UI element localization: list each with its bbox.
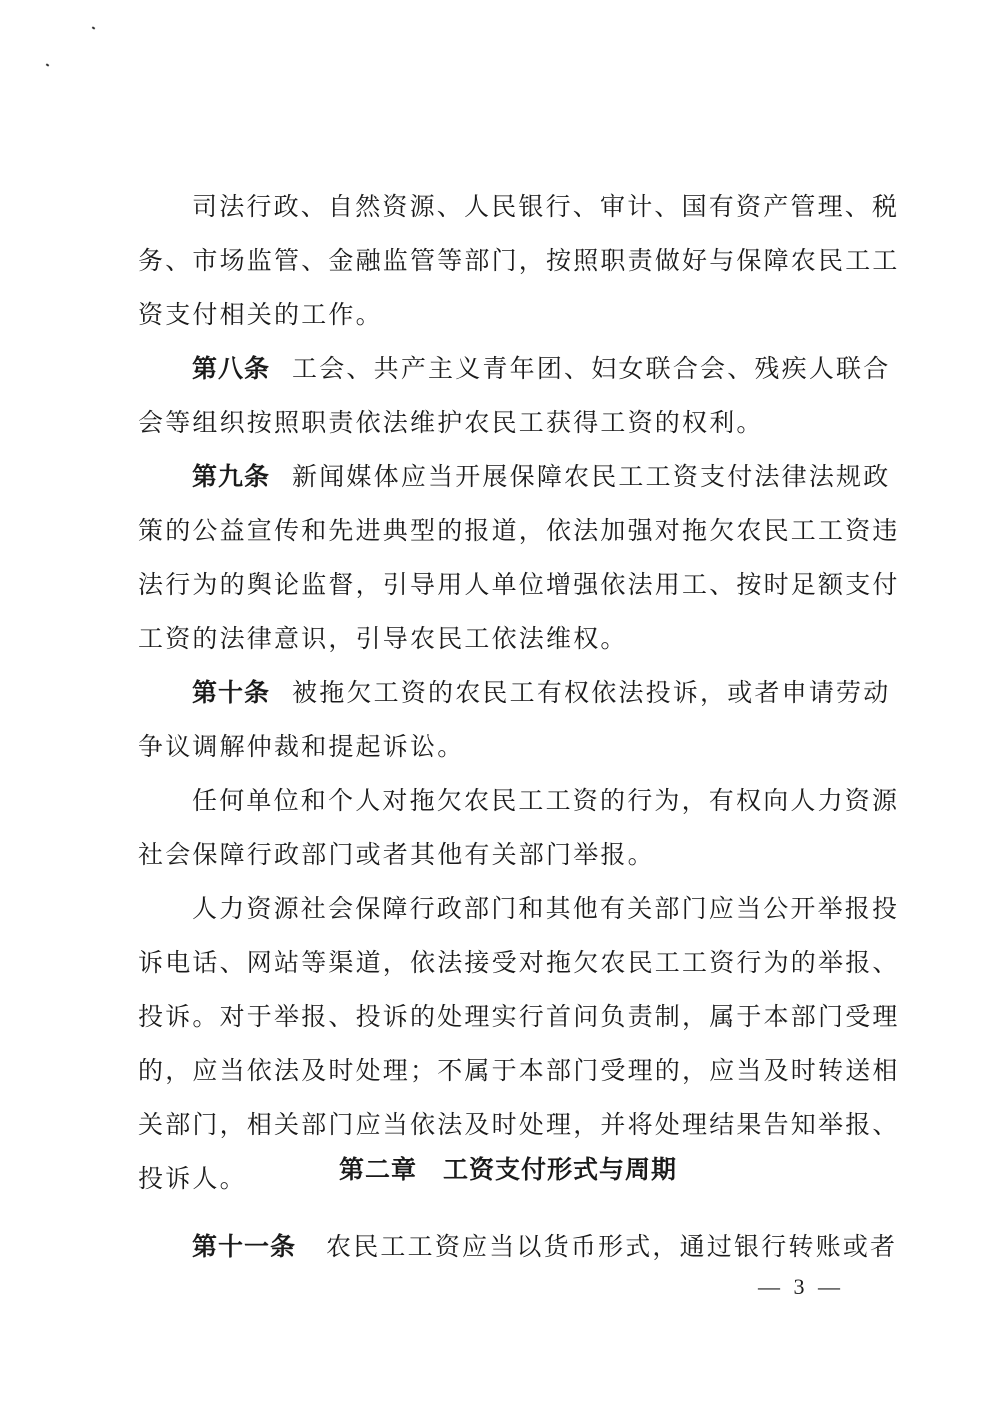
- article-label: 第九条: [192, 462, 270, 491]
- scan-speck: [92, 26, 96, 29]
- text-line: 关部门，相关部门应当依法及时处理，并将处理结果告知举报、: [138, 1098, 878, 1152]
- text-line: 投诉。对于举报、投诉的处理实行首问负责制，属于本部门受理: [138, 990, 878, 1044]
- article-text: 农民工工资应当以货币形式，通过银行转账或者: [326, 1232, 897, 1261]
- text-line: 社会保障行政部门或者其他有关部门举报。: [138, 828, 878, 882]
- chapter-title: 工资支付形式与周期: [443, 1155, 677, 1184]
- chapter-heading: 第二章工资支付形式与周期: [138, 1150, 878, 1186]
- text-line: 策的公益宣传和先进典型的报道，依法加强对拖欠农民工工资违: [138, 504, 878, 558]
- article-label: 第八条: [192, 354, 270, 383]
- text-line: 法行为的舆论监督，引导用人单位增强依法用工、按时足额支付: [138, 558, 878, 612]
- text-line: 资支付相关的工作。: [138, 288, 878, 342]
- text-line: 工资的法律意识，引导农民工依法维权。: [138, 612, 878, 666]
- text-line: 任何单位和个人对拖欠农民工工资的行为，有权向人力资源: [138, 774, 932, 828]
- scan-speck: [46, 63, 50, 66]
- text-line: 人力资源社会保障行政部门和其他有关部门应当公开举报投: [138, 882, 932, 936]
- article-text: 新闻媒体应当开展保障农民工工资支付法律法规政: [292, 462, 890, 491]
- chapter-number: 第二章: [339, 1155, 417, 1184]
- article-label: 第十条: [192, 678, 270, 707]
- text-line: 务、市场监管、金融监管等部门，按照职责做好与保障农民工工: [138, 234, 878, 288]
- text-line: 诉电话、网站等渠道，依法接受对拖欠农民工工资行为的举报、: [138, 936, 878, 990]
- text-line: 会等组织按照职责依法维护农民工获得工资的权利。: [138, 396, 878, 450]
- article-11-first-line: 第十一条农民工工资应当以货币形式，通过银行转账或者: [138, 1220, 932, 1274]
- page-number: — 3 —: [758, 1274, 844, 1300]
- text-line: 争议调解仲裁和提起诉讼。: [138, 720, 878, 774]
- article-8-first-line: 第八条工会、共产主义青年团、妇女联合会、残疾人联合: [138, 342, 932, 396]
- article-10-first-line: 第十条被拖欠工资的农民工有权依法投诉，或者申请劳动: [138, 666, 932, 720]
- article-text: 工会、共产主义青年团、妇女联合会、残疾人联合: [292, 354, 890, 383]
- article-label: 第十一条: [192, 1232, 296, 1261]
- text-line: 的，应当依法及时处理；不属于本部门受理的，应当及时转送相: [138, 1044, 878, 1098]
- article-text: 被拖欠工资的农民工有权依法投诉，或者申请劳动: [292, 678, 890, 707]
- article-9-first-line: 第九条新闻媒体应当开展保障农民工工资支付法律法规政: [138, 450, 932, 504]
- text-line: 司法行政、自然资源、人民银行、审计、国有资产管理、税: [138, 180, 932, 234]
